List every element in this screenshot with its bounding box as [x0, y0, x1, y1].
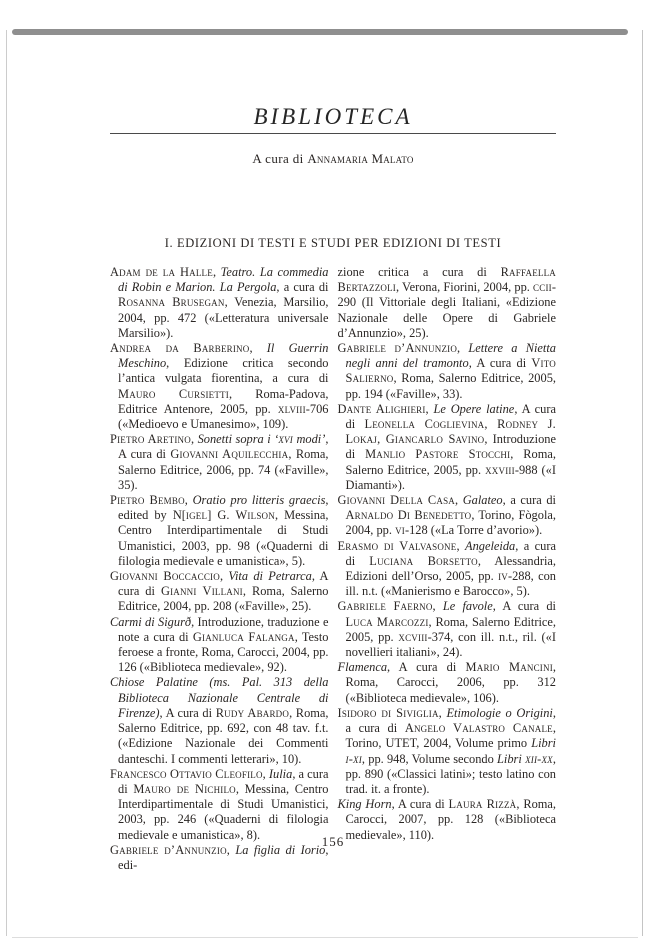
byline-prefix: A cura di [252, 151, 307, 166]
scan-edge-bottom [12, 937, 638, 938]
bibliography-entry: zione critica a cura di Raffaella Bertaz… [338, 265, 557, 341]
bibliography-entry: Gabriele d’Annunzio, Lettere a Nietta ne… [338, 341, 557, 402]
title-rule [110, 133, 556, 134]
bibliography-entry: Francesco Ottavio Cleofilo, Iulia, a cur… [110, 767, 329, 843]
bibliography-entry: Erasmo di Valvasone, Angeleida, a cura d… [338, 539, 557, 600]
bibliography-entry: Gabriele Faerno, Le favole, A cura di Lu… [338, 599, 557, 660]
bibliography-columns: Adam de la Halle, Teatro. La commedia di… [110, 265, 556, 873]
right-column: zione critica a cura di Raffaella Bertaz… [338, 265, 557, 873]
byline: A cura di Annamaria Malato [110, 151, 556, 166]
scan-edge-right [642, 30, 643, 936]
bibliography-entry: Isidoro di Siviglia, Etimologie o Origin… [338, 706, 557, 797]
bibliography-entry: Giovanni Della Casa, Galateo, a cura di … [338, 493, 557, 539]
page-title: BIBLIOTECA [110, 104, 556, 130]
bibliography-entry: Pietro Aretino, Sonetti sopra i ‘xvi mod… [110, 432, 329, 493]
left-column: Adam de la Halle, Teatro. La commedia di… [110, 265, 329, 873]
bibliography-entry: Chiose Palatine (ms. Pal. 313 della Bibl… [110, 675, 329, 766]
bibliography-entry: Adam de la Halle, Teatro. La commedia di… [110, 265, 329, 341]
page-number: 156 [110, 834, 556, 850]
bibliography-entry: Giovanni Boccaccio, Vita di Petrarca, A … [110, 569, 329, 615]
page-content: BIBLIOTECA A cura di Annamaria Malato I.… [110, 0, 556, 873]
bibliography-entry: Dante Alighieri, Le Opere latine, A cura… [338, 402, 557, 493]
bibliography-entry: Pietro Bembo, Oratio pro litteris graeci… [110, 493, 329, 569]
scan-edge-left [6, 30, 7, 936]
bibliography-entry: Carmi di Sigurð, Introduzione, traduzion… [110, 615, 329, 676]
bibliography-entry: Flamenca, A cura di Mario Mancini, Roma,… [338, 660, 557, 706]
bibliography-entry: Andrea da Barberino, Il Guerrin Meschino… [110, 341, 329, 432]
section-heading: I. EDIZIONI DI TESTI E STUDI PER EDIZION… [110, 236, 556, 251]
byline-editor-name: Annamaria Malato [307, 151, 413, 166]
